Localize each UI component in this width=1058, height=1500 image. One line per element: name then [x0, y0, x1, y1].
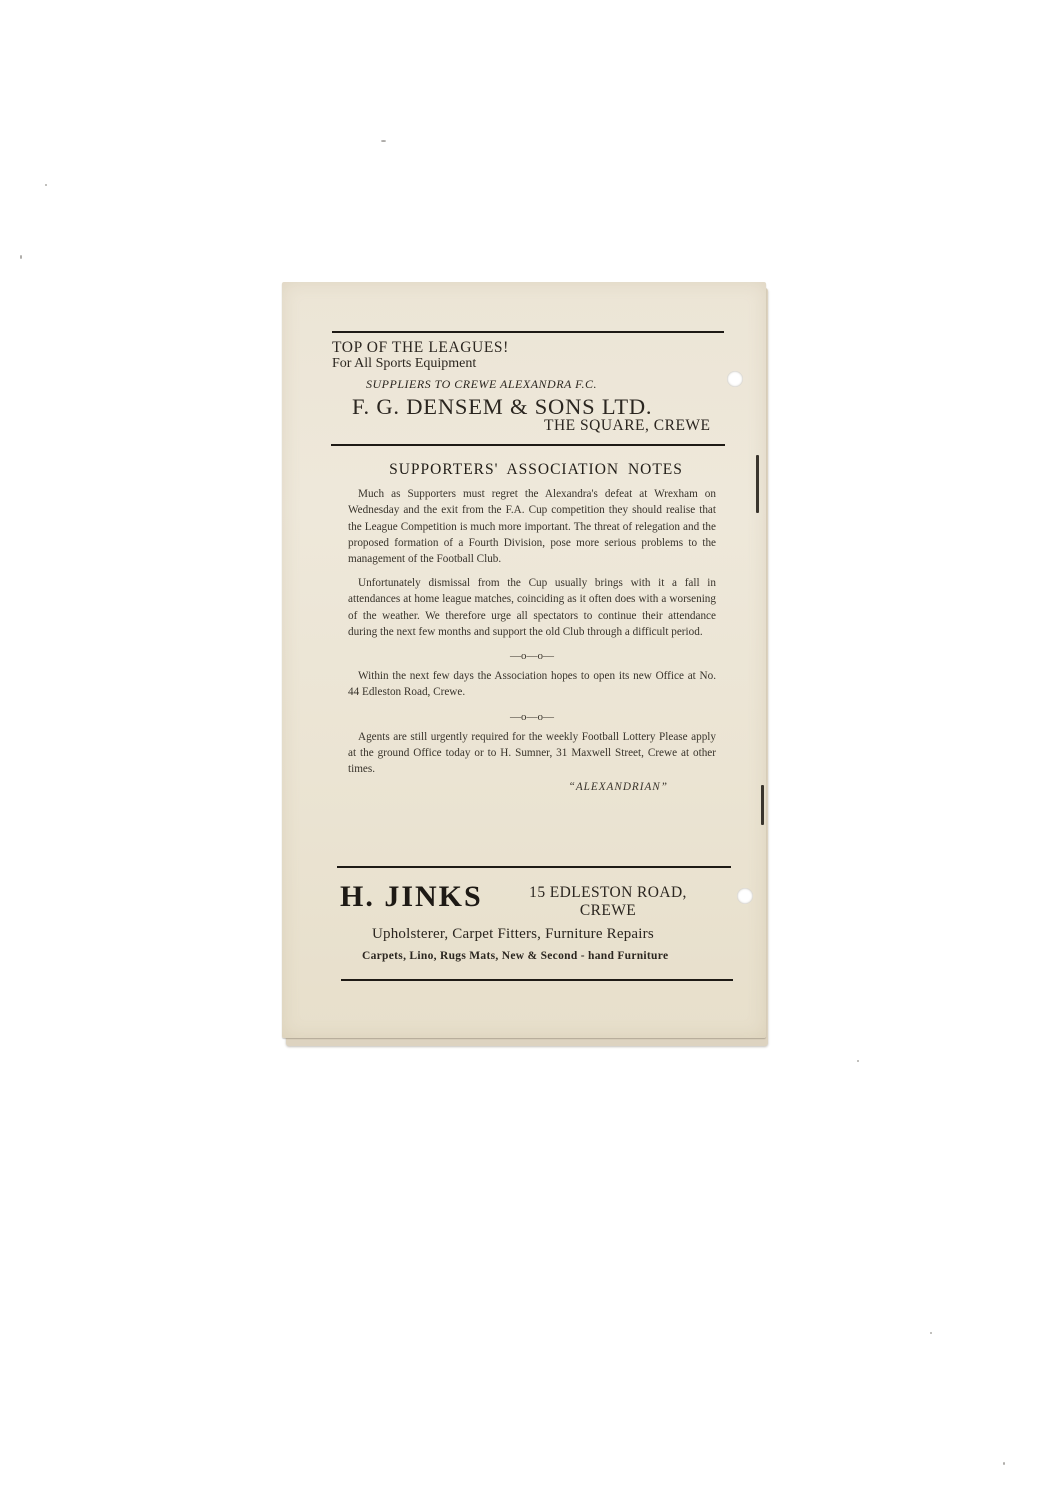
notes-paragraph: Much as Supporters must regret the Alexa… — [348, 486, 716, 567]
advertiser-address: 15 EDLESTON ROAD, CREWE — [528, 884, 688, 920]
bottom-advert-top-rule — [337, 866, 731, 868]
dust-speck — [20, 255, 22, 259]
company-address: THE SQUARE, CREWE — [544, 417, 711, 435]
staple-bottom — [761, 785, 764, 825]
suppliers-line: SUPPLIERS TO CREWE ALEXANDRA F.C. — [366, 377, 597, 392]
advertiser-goods: Carpets, Lino, Rugs Mats, New & Second -… — [362, 950, 668, 962]
advert-subheadline: For All Sports Equipment — [332, 356, 722, 371]
dust-speck — [45, 184, 47, 186]
punch-hole-bottom — [737, 888, 753, 904]
advertiser-trades: Upholsterer, Carpet Fitters, Furniture R… — [372, 926, 654, 943]
punch-hole-top — [727, 371, 743, 387]
address-line-2: CREWE — [528, 902, 688, 920]
advert-headline: TOP OF THE LEAGUES! — [332, 339, 722, 356]
address-line-1: 15 EDLESTON ROAD, — [528, 884, 688, 902]
notes-paragraph: Within the next few days the Association… — [348, 668, 716, 700]
section-separator: —o—o— — [348, 709, 716, 725]
notes-paragraph: Unfortunately dismissal from the Cup usu… — [348, 575, 716, 640]
supporters-notes: SUPPORTERS' ASSOCIATION NOTES Much as Su… — [348, 462, 716, 796]
notes-paragraph: Agents are still urgently required for t… — [348, 729, 716, 778]
dust-speck — [381, 140, 386, 142]
bottom-advert-bottom-rule — [341, 979, 733, 981]
densem-advert: TOP OF THE LEAGUES! For All Sports Equip… — [332, 339, 722, 371]
top-advert-bottom-rule — [331, 444, 725, 446]
notes-title: SUPPORTERS' ASSOCIATION NOTES — [348, 462, 716, 478]
section-separator: —o—o— — [348, 648, 716, 664]
staple-top — [756, 455, 759, 513]
advertiser-name: H. JINKS — [340, 880, 483, 914]
notes-signature: “ALEXANDRIAN” — [348, 779, 716, 795]
dust-speck — [930, 1332, 932, 1334]
dust-speck — [857, 1060, 859, 1062]
dust-speck — [1003, 1462, 1005, 1465]
top-advert-top-rule — [332, 331, 724, 333]
